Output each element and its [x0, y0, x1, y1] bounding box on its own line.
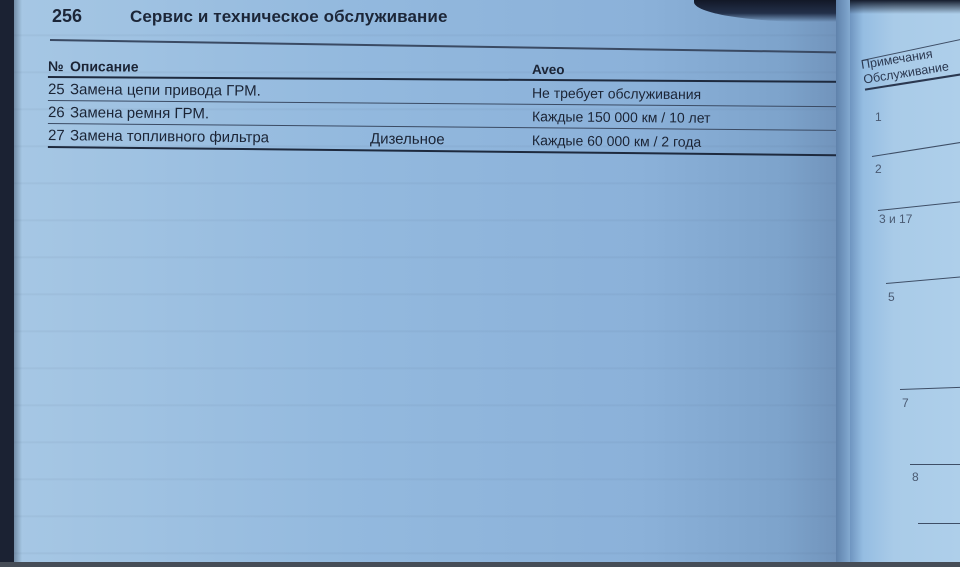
row-engine-type: Дизельное: [370, 130, 532, 149]
page-curl-shadow: [694, 0, 850, 22]
divider: [872, 139, 960, 157]
page-corner-shadow: [850, 0, 960, 14]
notes-heading: Примечания Обслуживание: [860, 39, 960, 90]
note-number: 1: [875, 110, 882, 124]
divider: [886, 273, 960, 284]
row-description: Замена топливного фильтра: [70, 127, 370, 147]
divider: [910, 464, 960, 465]
note-number: 7: [902, 396, 909, 410]
header-divider: [50, 39, 850, 53]
header-description: Описание: [70, 58, 532, 77]
page-number: 256: [52, 6, 130, 27]
bottom-edge: [0, 562, 960, 567]
row-num: 26: [48, 104, 70, 121]
divider: [878, 199, 960, 212]
header-model: Aveo: [532, 61, 832, 78]
note-number: 2: [875, 162, 882, 176]
row-interval: Каждые 150 000 км / 10 лет: [532, 108, 832, 127]
right-page: Примечания Обслуживание 1 2 3 и 17 5 7 8: [850, 0, 960, 562]
note-number: 8: [912, 470, 919, 484]
left-page: 256 Сервис и техническое обслуживание № …: [14, 0, 850, 562]
row-num: 25: [48, 81, 70, 98]
row-num: 27: [48, 127, 70, 144]
row-description: Замена ремня ГРМ.: [70, 104, 532, 125]
note-number: 3 и 17: [879, 212, 912, 226]
page-header: 256 Сервис и техническое обслуживание: [52, 6, 448, 27]
header-num: №: [48, 58, 70, 74]
row-interval: Не требует обслуживания: [532, 85, 832, 103]
divider: [900, 385, 960, 390]
row-interval: Каждые 60 000 км / 2 года: [532, 132, 832, 151]
page-title: Сервис и техническое обслуживание: [130, 7, 448, 27]
row-description: Замена цепи привода ГРМ.: [70, 81, 532, 102]
note-number: 5: [888, 290, 895, 304]
divider: [918, 523, 960, 524]
maintenance-table: № Описание Aveo 25 Замена цепи привода Г…: [48, 56, 848, 148]
